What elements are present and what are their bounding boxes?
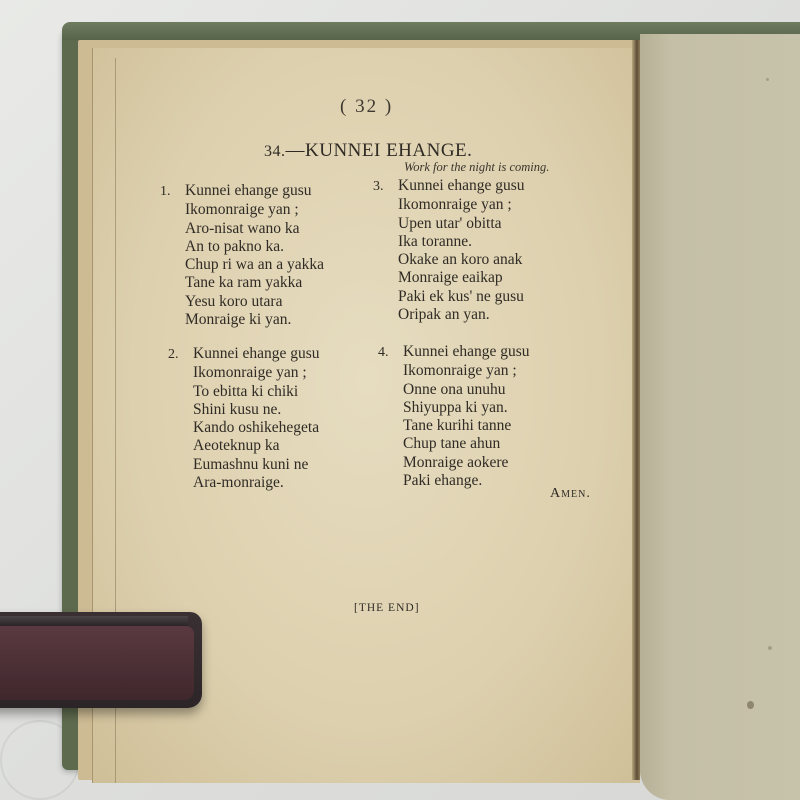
verse-line: An to pakno ka.	[160, 238, 324, 256]
hymn-title-text: —KUNNEI EHANGE.	[286, 140, 473, 161]
page-weight-face	[0, 626, 194, 700]
amen-text: Amen.	[550, 486, 591, 502]
verse-2: 2.Kunnei ehange gusu Ikomonraige yan ; T…	[168, 345, 320, 492]
verse-number: 4.	[378, 344, 403, 362]
verse-line: Shiyuppa ki yan.	[378, 399, 530, 417]
verse-line: Tane ka ram yakka	[160, 274, 324, 292]
verse-number: 1.	[160, 183, 185, 201]
verse-line: Kando oshikehegeta	[168, 419, 320, 437]
verse-line: 4.Kunnei ehange gusu	[378, 343, 530, 362]
page-weight-rim	[0, 616, 188, 626]
verse-line: Tane kurihi tanne	[378, 417, 530, 435]
verse-line: Okake an koro anak	[373, 251, 525, 269]
verse-line: Monraige aokere	[378, 454, 530, 472]
verse-line: Ikomonraige yan ;	[378, 362, 530, 380]
verse-line: Aeoteknup ka	[168, 437, 320, 455]
verse-line: Oripak an yan.	[373, 306, 525, 324]
book-gutter	[632, 40, 640, 780]
verse-line: Shini kusu ne.	[168, 401, 320, 419]
verse-line: Monraige ki yan.	[160, 311, 324, 329]
verse-line: To ebitta ki chiki	[168, 383, 320, 401]
verse-4: 4.Kunnei ehange gusu Ikomonraige yan ; O…	[378, 343, 530, 490]
verse-line: Eumashnu kuni ne	[168, 456, 320, 474]
verse-line: Upen utar' obitta	[373, 215, 525, 233]
verse-line: Paki ek kus' ne gusu	[373, 288, 525, 306]
verse-line: Ikomonraige yan ;	[160, 201, 324, 219]
verse-line: Ikomonraige yan ;	[168, 364, 320, 382]
foxing-spot	[768, 646, 772, 650]
verse-line: Ikomonraige yan ;	[373, 196, 525, 214]
verse-line: Chup tane ahun	[378, 435, 530, 453]
verse-3: 3.Kunnei ehange gusu Ikomonraige yan ; U…	[373, 177, 525, 324]
hymn-subtitle: Work for the night is coming.	[404, 160, 549, 175]
verse-line: Chup ri wa an a yakka	[160, 256, 324, 274]
verse-line: Ika toranne.	[373, 233, 525, 251]
right-page	[640, 34, 800, 800]
verse-line: 1.Kunnei ehange gusu	[160, 182, 324, 201]
page-number: ( 32 )	[340, 96, 393, 118]
hymn-number: 34.	[264, 143, 286, 160]
verse-line: Ara-monraige.	[168, 474, 320, 492]
verse-line: Onne ona unuhu	[378, 381, 530, 399]
verse-number: 2.	[168, 346, 193, 364]
verse-line: 3.Kunnei ehange gusu	[373, 177, 525, 196]
end-note: [THE END]	[354, 602, 420, 614]
page-weight-bar	[0, 612, 202, 708]
foxing-spot	[766, 78, 769, 81]
verse-line: 2.Kunnei ehange gusu	[168, 345, 320, 364]
verse-line: Aro-nisat wano ka	[160, 220, 324, 238]
foxing-spot	[747, 701, 754, 709]
verse-line: Paki ehange.	[378, 472, 530, 490]
verse-1: 1.Kunnei ehange gusu Ikomonraige yan ; A…	[160, 182, 324, 329]
verse-line: Monraige eaikap	[373, 269, 525, 287]
verse-line: Yesu koro utara	[160, 293, 324, 311]
verse-number: 3.	[373, 178, 398, 196]
hymn-title: 34.—KUNNEI EHANGE.	[264, 140, 472, 162]
